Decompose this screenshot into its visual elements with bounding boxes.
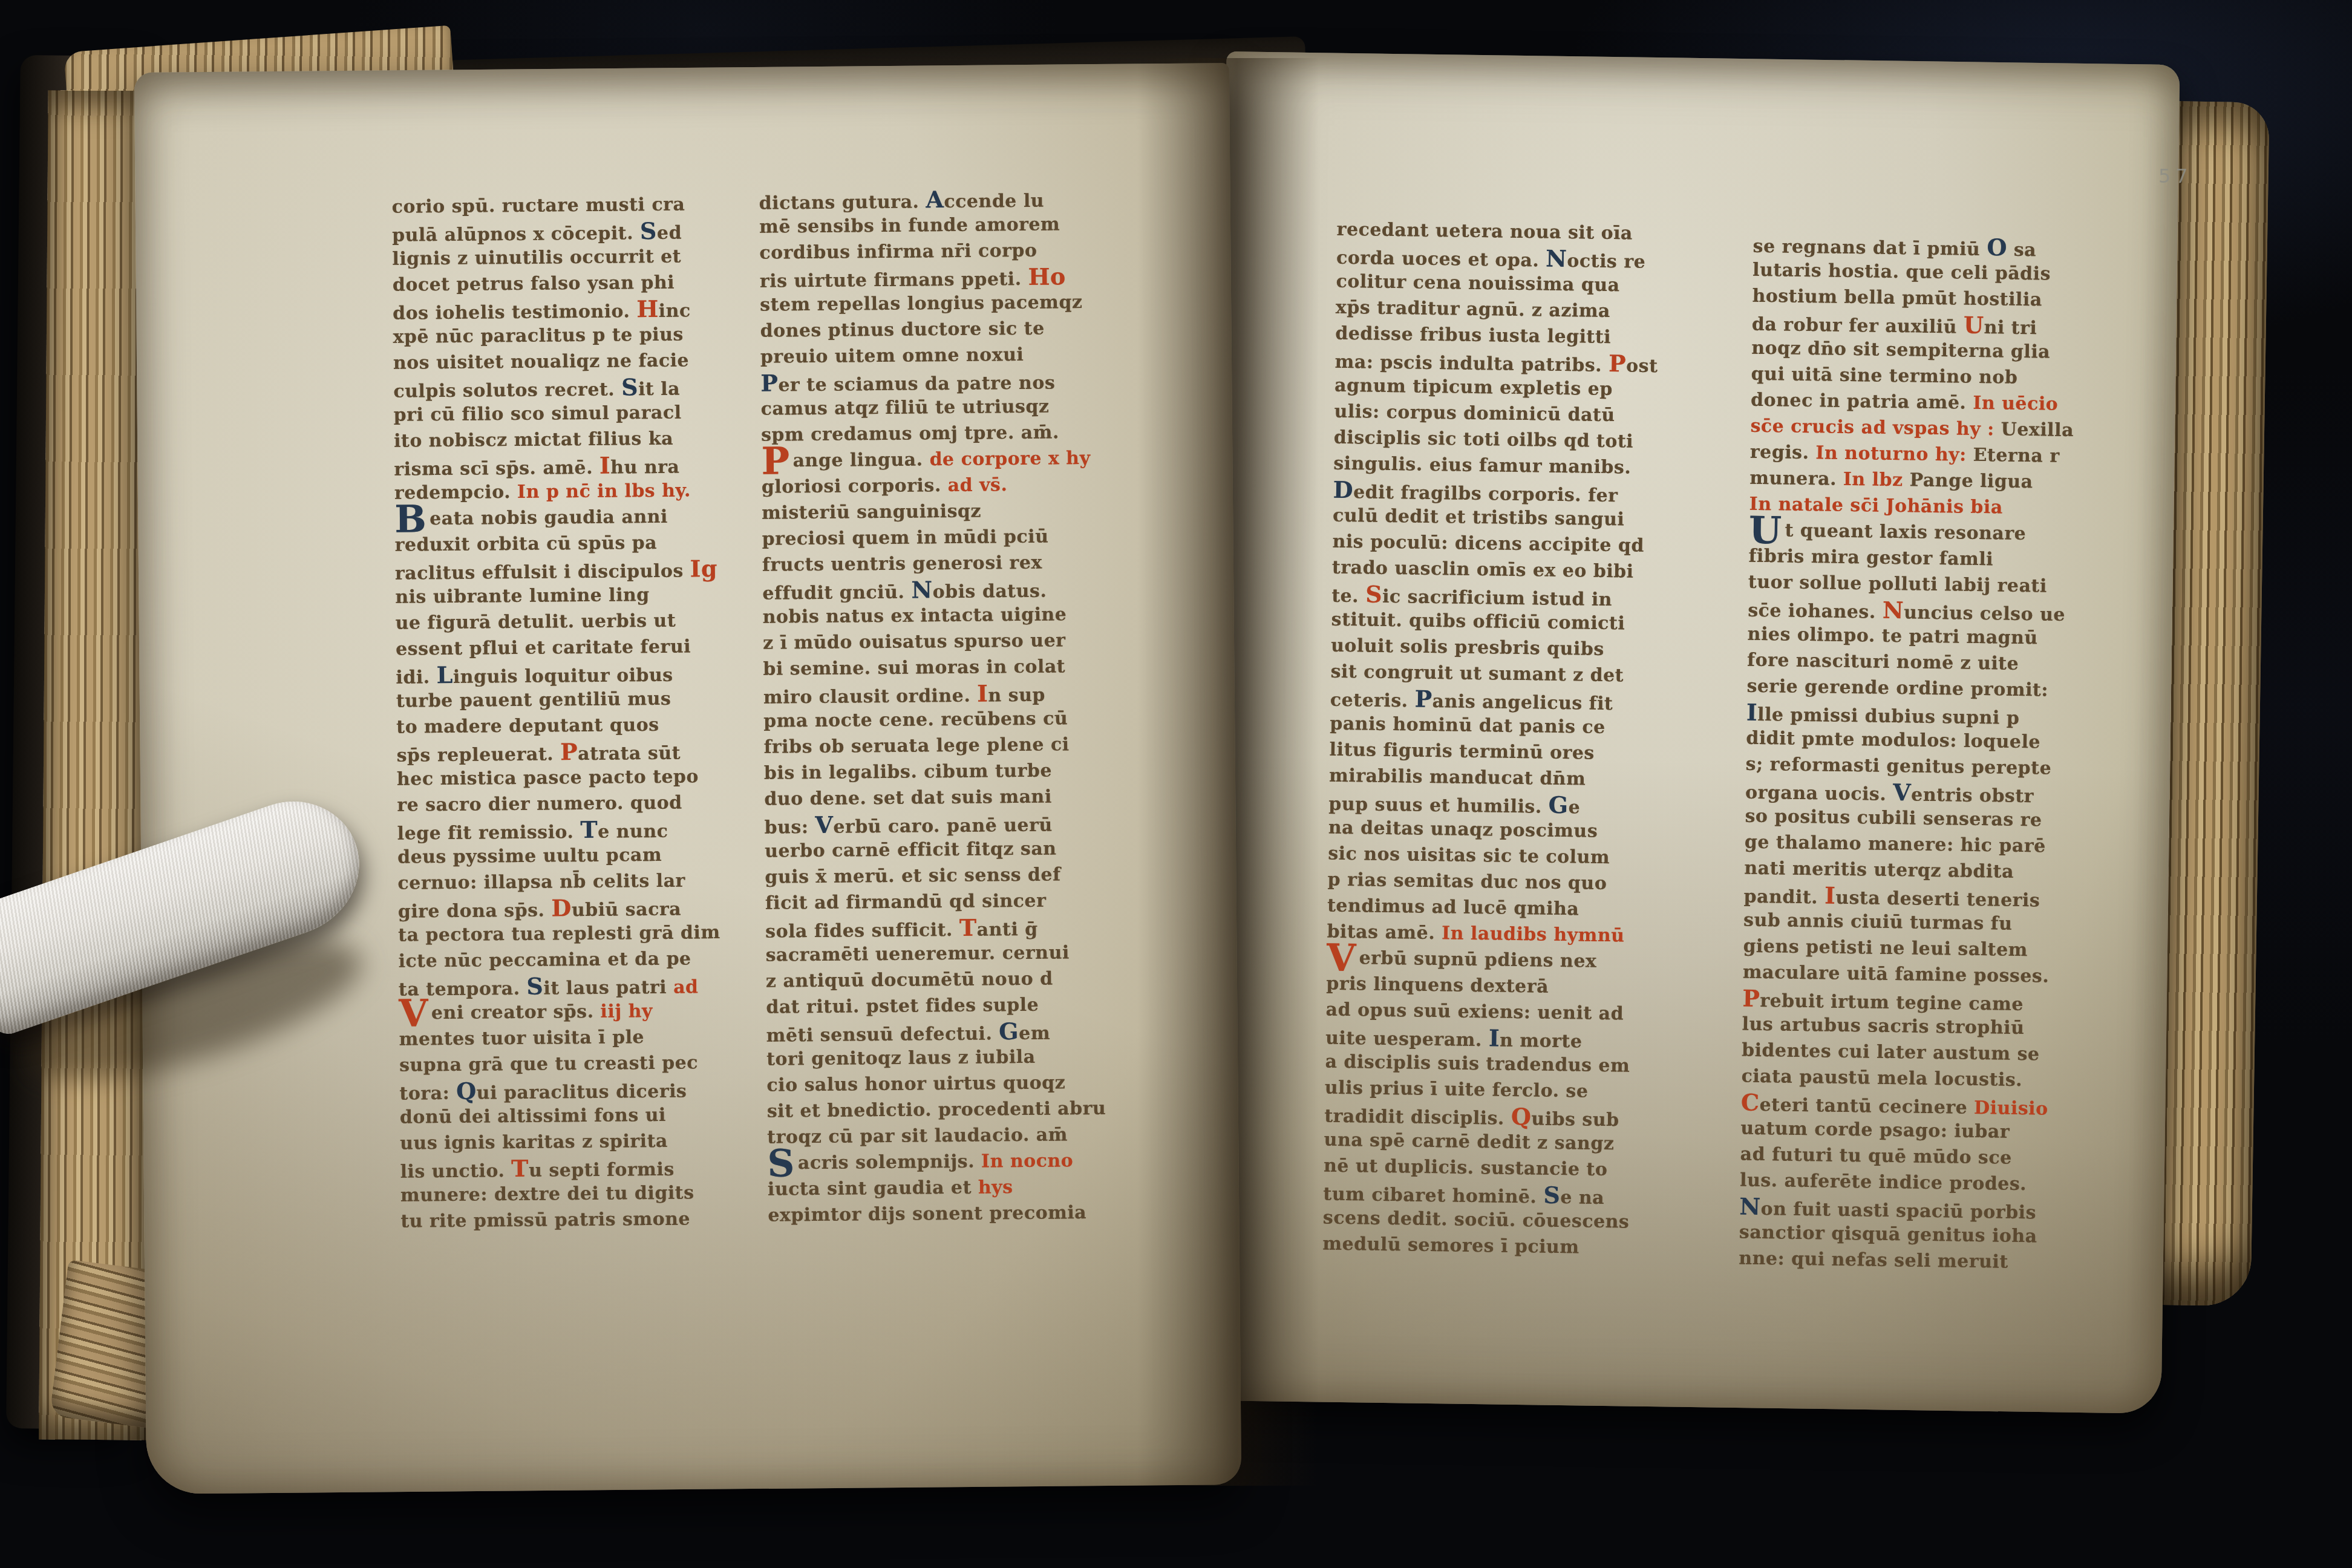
left-page-column-2: dictans gutura. Accende lumē sensibs in … <box>759 185 1146 1228</box>
manuscript-text-line: corio spū. ructare musti cra <box>392 191 770 220</box>
manuscript-text-line: tori genitoqz laus z iubila <box>766 1043 1145 1072</box>
manuscript-text-line: preuio uitem omne noxui <box>760 341 1138 370</box>
manuscript-text-line: pri cū filio sco simul paracl <box>394 399 772 428</box>
manuscript-text-line: redempcio. In p nc̄ in lbs hy. <box>394 477 773 506</box>
right-page-column-1: recedant uetera noua sit oīacorda uoces … <box>1322 217 1715 1263</box>
manuscript-text-line: spm credamus omj tpre. am̄. <box>761 419 1139 448</box>
manuscript-text-line: ta tempora. Sit laus patri ad <box>399 971 777 1000</box>
manuscript-text-line: iucta sint gaudia et hys <box>768 1173 1146 1202</box>
manuscript-text-line: misteriū sanguinisqz <box>762 497 1140 526</box>
right-page-column-2: se regnans dat ī pmiū O salutaris hostia… <box>1739 231 2131 1277</box>
manuscript-text-line: duo dene. set dat suis mani <box>764 783 1142 812</box>
manuscript-text-line: sacramēti ueneremur. cernui <box>765 939 1143 968</box>
manuscript-text-line: munere: dextre dei tu digits <box>400 1179 779 1208</box>
manuscript-text-line: tora: Qui paraclitus diceris <box>399 1075 777 1104</box>
manuscript-text-line: tu rite pmissū patris smone <box>400 1205 779 1234</box>
manuscript-text-line: dos iohelis testimonio. Hinc <box>393 295 771 324</box>
manuscript-text-line: uerbo carnē efficit fitqz san <box>765 835 1143 864</box>
manuscript-text-line: expimtor dijs sonent precomia <box>768 1199 1146 1228</box>
manuscript-text-line: bis in legalibs. cibum turbe <box>764 757 1142 786</box>
manuscript-text-line: nne: qui nefas seli meruit <box>1739 1246 2117 1277</box>
manuscript-text-line: ris uirtute firmans ppeti. Ho <box>760 263 1138 292</box>
manuscript-text-line: pulā alūpnos x cōcepit. Sed <box>392 217 770 246</box>
manuscript-text-line: sp̄s repleuerat. Patrata sūt <box>396 737 774 766</box>
manuscript-text-line: lis unctio. Tu septi formis <box>400 1153 778 1182</box>
manuscript-text-line: dictans gutura. Accende lu <box>759 185 1137 214</box>
manuscript-text-line: sit et bnedictio. procedenti abru <box>767 1095 1145 1124</box>
manuscript-text-line: icte nūc peccamina et da pe <box>398 945 776 974</box>
photo-scene: corio spū. ructare musti crapulā alūpnos… <box>0 0 2352 1568</box>
manuscript-text-line: bus: Verbū caro. panē uerū <box>765 809 1143 838</box>
manuscript-text-line: idi. Linguis loquitur oibus <box>396 659 774 688</box>
pencil-folio-number: 57 <box>2158 165 2193 188</box>
manuscript-text-line: effudit gnciū. Nobis datus. <box>762 575 1140 604</box>
left-page-column-1: corio spū. ructare musti crapulā alūpnos… <box>392 191 779 1234</box>
manuscript-text-line: fructs uentris generosi rex <box>762 549 1140 578</box>
manuscript-text-line: Beata nobis gaudia anni <box>394 503 773 532</box>
manuscript-text-line: ue figurā detulit. uerbis ut <box>396 607 774 636</box>
manuscript-text-line: mentes tuor uisita ī ple <box>399 1023 777 1052</box>
manuscript-text-line: lege fit remissio. Te nunc <box>397 815 776 844</box>
manuscript-text-line: troqz cū par sit laudacio. am̄ <box>767 1121 1145 1150</box>
manuscript-text-line: raclitus effulsit i discipulos Ig <box>395 555 773 584</box>
manuscript-text-line: gire dona sp̄s. Dubiū sacra <box>398 893 776 922</box>
manuscript-text-line: guis x̄ merū. et sic senss def <box>765 861 1143 890</box>
manuscript-text-line: uus ignis karitas z spirita <box>400 1127 778 1156</box>
manuscript-text-line: re sacro dier numero. quod <box>397 789 775 818</box>
manuscript-text-line: z antiquū documētū nouo d <box>766 965 1144 994</box>
manuscript-text-line: ta pectora tua replesti grā dim <box>398 919 776 948</box>
gutter-fold-shadow <box>1137 58 1319 1486</box>
manuscript-text-line: cordibus infirma nr̄i corpo <box>759 237 1137 266</box>
manuscript-text-line: miro clausit ordine. In sup <box>763 679 1142 708</box>
manuscript-text-line: donū dei altissimi fons ui <box>400 1101 778 1130</box>
manuscript-text-line: nobis natus ex intacta uigine <box>763 601 1141 630</box>
manuscript-text-line: xpē nūc paraclitus p te pius <box>393 321 771 350</box>
manuscript-text-line: Pange lingua. de corpore x hy <box>761 445 1139 474</box>
manuscript-text-line: Sacris solempnijs. In nocno <box>767 1147 1145 1176</box>
manuscript-text-line: Per te sciamus da patre nos <box>760 367 1138 396</box>
manuscript-text-line: pma nocte cene. recūbens cū <box>763 705 1142 734</box>
manuscript-text-line: supna grā que tu creasti pec <box>399 1049 777 1078</box>
manuscript-text-line: reduxit orbita cū spūs pa <box>394 529 773 558</box>
manuscript-text-line: stem repellas longius pacemqz <box>760 289 1138 318</box>
manuscript-text-line: medulū semores ī pcium <box>1322 1231 1701 1263</box>
manuscript-text-line: z ī mūdo ouisatus spurso uer <box>763 627 1141 656</box>
manuscript-text-line: ito nobiscz mictat filius ka <box>394 425 772 454</box>
manuscript-text-line: mēti sensuū defectui. Gem <box>766 1017 1145 1046</box>
manuscript-text-line: cio salus honor uirtus quoqz <box>766 1069 1145 1098</box>
manuscript-text-line: essent pflui et caritate ferui <box>396 633 774 662</box>
manuscript-text-line: Veni creator sp̄s. iij hy <box>399 997 777 1026</box>
manuscript-text-line: docet petrus falso ysan phi <box>393 269 771 298</box>
manuscript-text-line: nis uibrante lumine ling <box>395 581 773 610</box>
manuscript-text-line: bi semine. sui moras in colat <box>763 653 1141 682</box>
manuscript-text-line: gloriosi corporis. ad vs̄. <box>762 471 1140 500</box>
manuscript-text-line: turbe pauent gentiliū mus <box>396 685 774 714</box>
manuscript-text-line: cernuo: illapsa nb̄ celits lar <box>397 867 776 896</box>
manuscript-text-line: to madere deputant quos <box>396 711 774 740</box>
manuscript-text-line: mē sensibs in funde amorem <box>759 211 1137 240</box>
manuscript-text-line: fribs ob seruata lege plene ci <box>763 731 1142 760</box>
manuscript-text-line: risma scī sp̄s. amē. Ihu nra <box>394 451 772 480</box>
manuscript-text-line: deus pyssime uultu pcam <box>397 841 776 870</box>
manuscript-text-line: sola fides sufficit. Tanti ḡ <box>765 913 1143 942</box>
manuscript-text-line: camus atqz filiū te utriusqz <box>761 393 1139 422</box>
manuscript-text-line: nos uisitet noualiqz ne facie <box>393 347 771 376</box>
manuscript-text-line: preciosi quem in mūdi pciū <box>762 523 1140 552</box>
manuscript-text-line: hec mistica pasce pacto tepo <box>397 763 775 792</box>
manuscript-text-line: dones ptinus ductore sic te <box>760 315 1138 344</box>
manuscript-text-line: lignis z uinutilis occurrit et <box>392 243 770 272</box>
manuscript-text-line: dat ritui. pstet fides suple <box>766 991 1144 1020</box>
manuscript-text-line: ficit ad firmandū qd sincer <box>765 887 1143 916</box>
manuscript-text-line: culpis solutos recret. Sit la <box>393 373 771 402</box>
